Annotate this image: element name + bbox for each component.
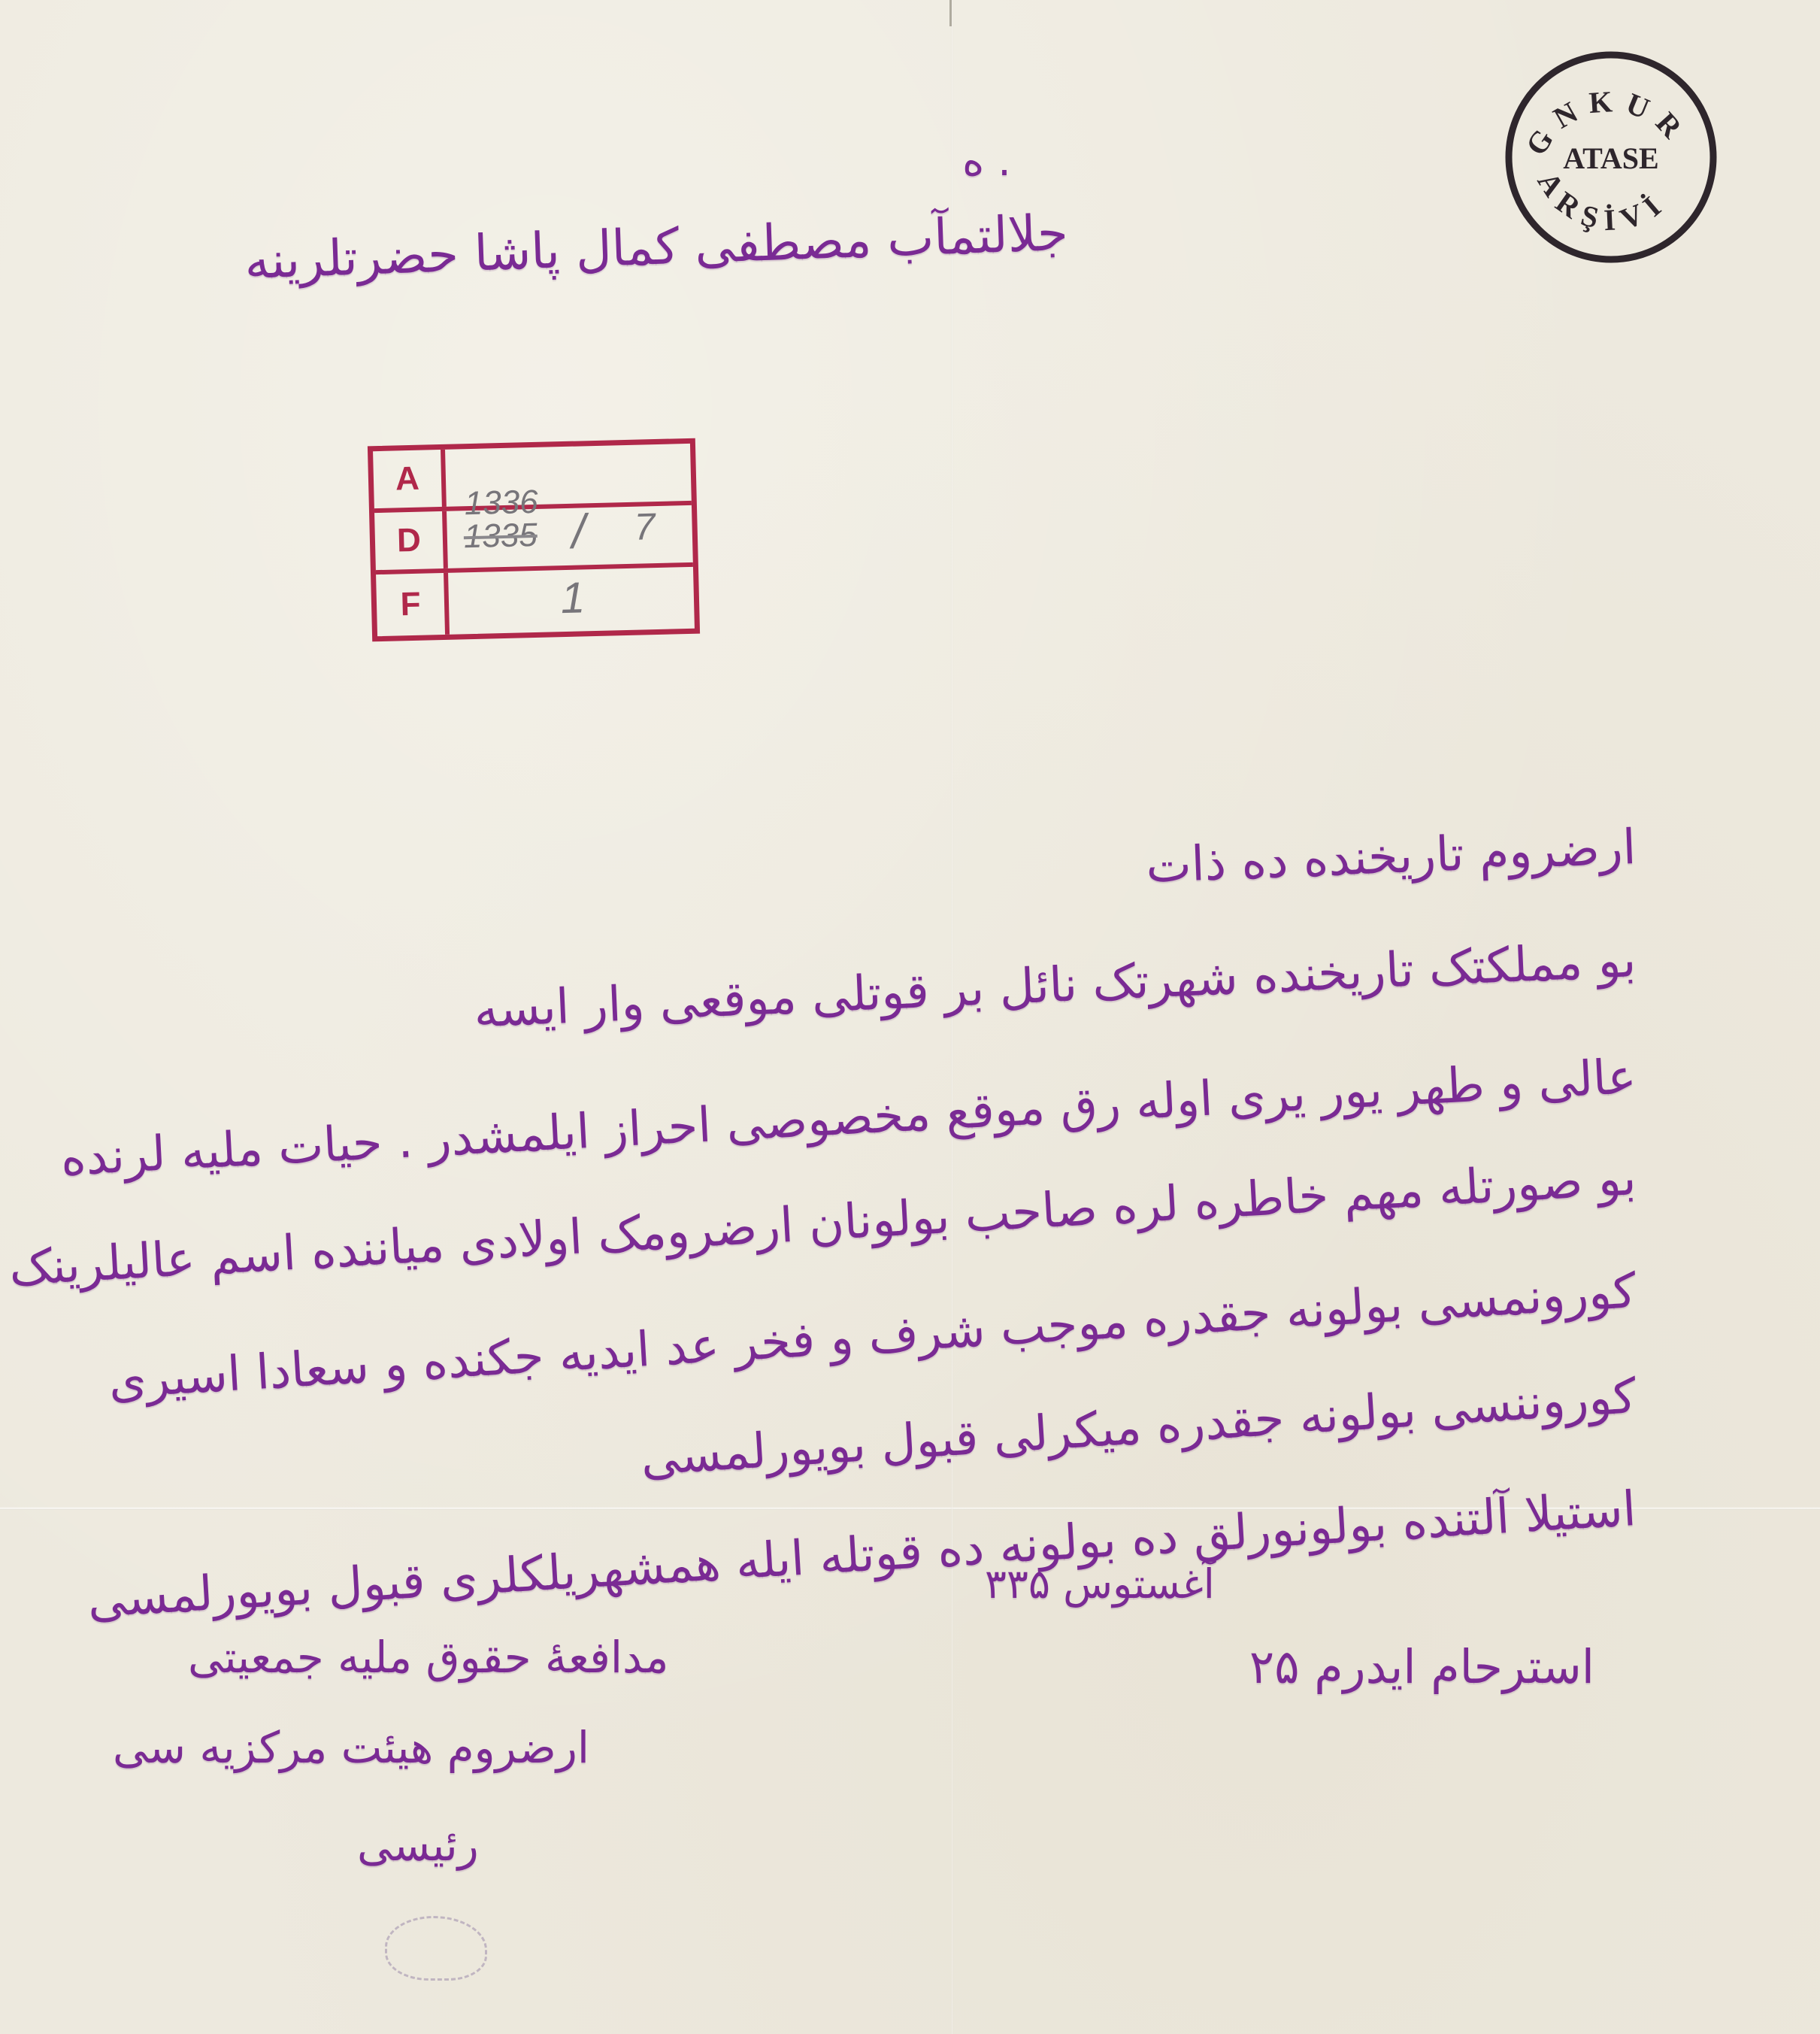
- signature-line-3: رئیسی: [357, 1820, 479, 1871]
- archive-stamp-icon: GNKUR ATASE ARŞİVİ: [1504, 50, 1719, 265]
- catalog-stamp: A D 1336 1335 / 7 F 1: [368, 438, 700, 642]
- catalog-value-d-right: 7: [634, 505, 656, 549]
- body-line-7: استیلا آلتنده بولونورلق ده بولونه ده قوت…: [86, 1481, 1637, 1629]
- body-line-2: بو مملکتک تاریخنده شهرتک نائل بر قوتلی م…: [473, 932, 1637, 1038]
- catalog-key-d: D: [374, 511, 448, 570]
- top-edge-tear: [949, 0, 952, 26]
- faint-seal-icon: [385, 1916, 487, 1981]
- heading-mark: ه .: [962, 137, 1011, 186]
- catalog-value-f: 1: [560, 572, 586, 623]
- catalog-row-d: D 1336 1335 / 7: [374, 505, 693, 574]
- catalog-value-d-struck: 1335: [463, 517, 538, 556]
- catalog-key-f: F: [376, 573, 450, 636]
- signature-line-1: مدافعهٔ حقوق ملیه جمعیتی: [188, 1632, 668, 1683]
- catalog-value-d-separator: /: [571, 503, 586, 559]
- signature-line-2: ارضروم هیئت مرکزیه سی: [113, 1722, 589, 1773]
- svg-text:ARŞİVİ: ARŞİVİ: [1531, 166, 1674, 238]
- catalog-row-f: F 1: [376, 567, 695, 636]
- body-line-1: ارضروم تاریخنده ده ذات: [1145, 820, 1637, 894]
- date-upper: آغستوس ۳۳۵: [985, 1560, 1215, 1608]
- body-line-6: کوروننسی بولونه جقدره میکرلی قبول بویورل…: [639, 1369, 1637, 1487]
- date-lower: استرحام ایدرم ۲۵: [1249, 1639, 1594, 1694]
- catalog-key-a: A: [373, 450, 447, 508]
- stamp-center-text: ATASE: [1563, 141, 1658, 175]
- archive-stamp: GNKUR ATASE ARŞİVİ: [1504, 50, 1719, 265]
- salutation: جلالتمآب مصطفی کمال پاشا حضرتلرینه: [244, 204, 1069, 290]
- stamp-bottom-text: ARŞİVİ: [1531, 166, 1674, 238]
- document-page: GNKUR ATASE ARŞİVİ ه . جلالتمآب مصطفی کم…: [0, 0, 1820, 2034]
